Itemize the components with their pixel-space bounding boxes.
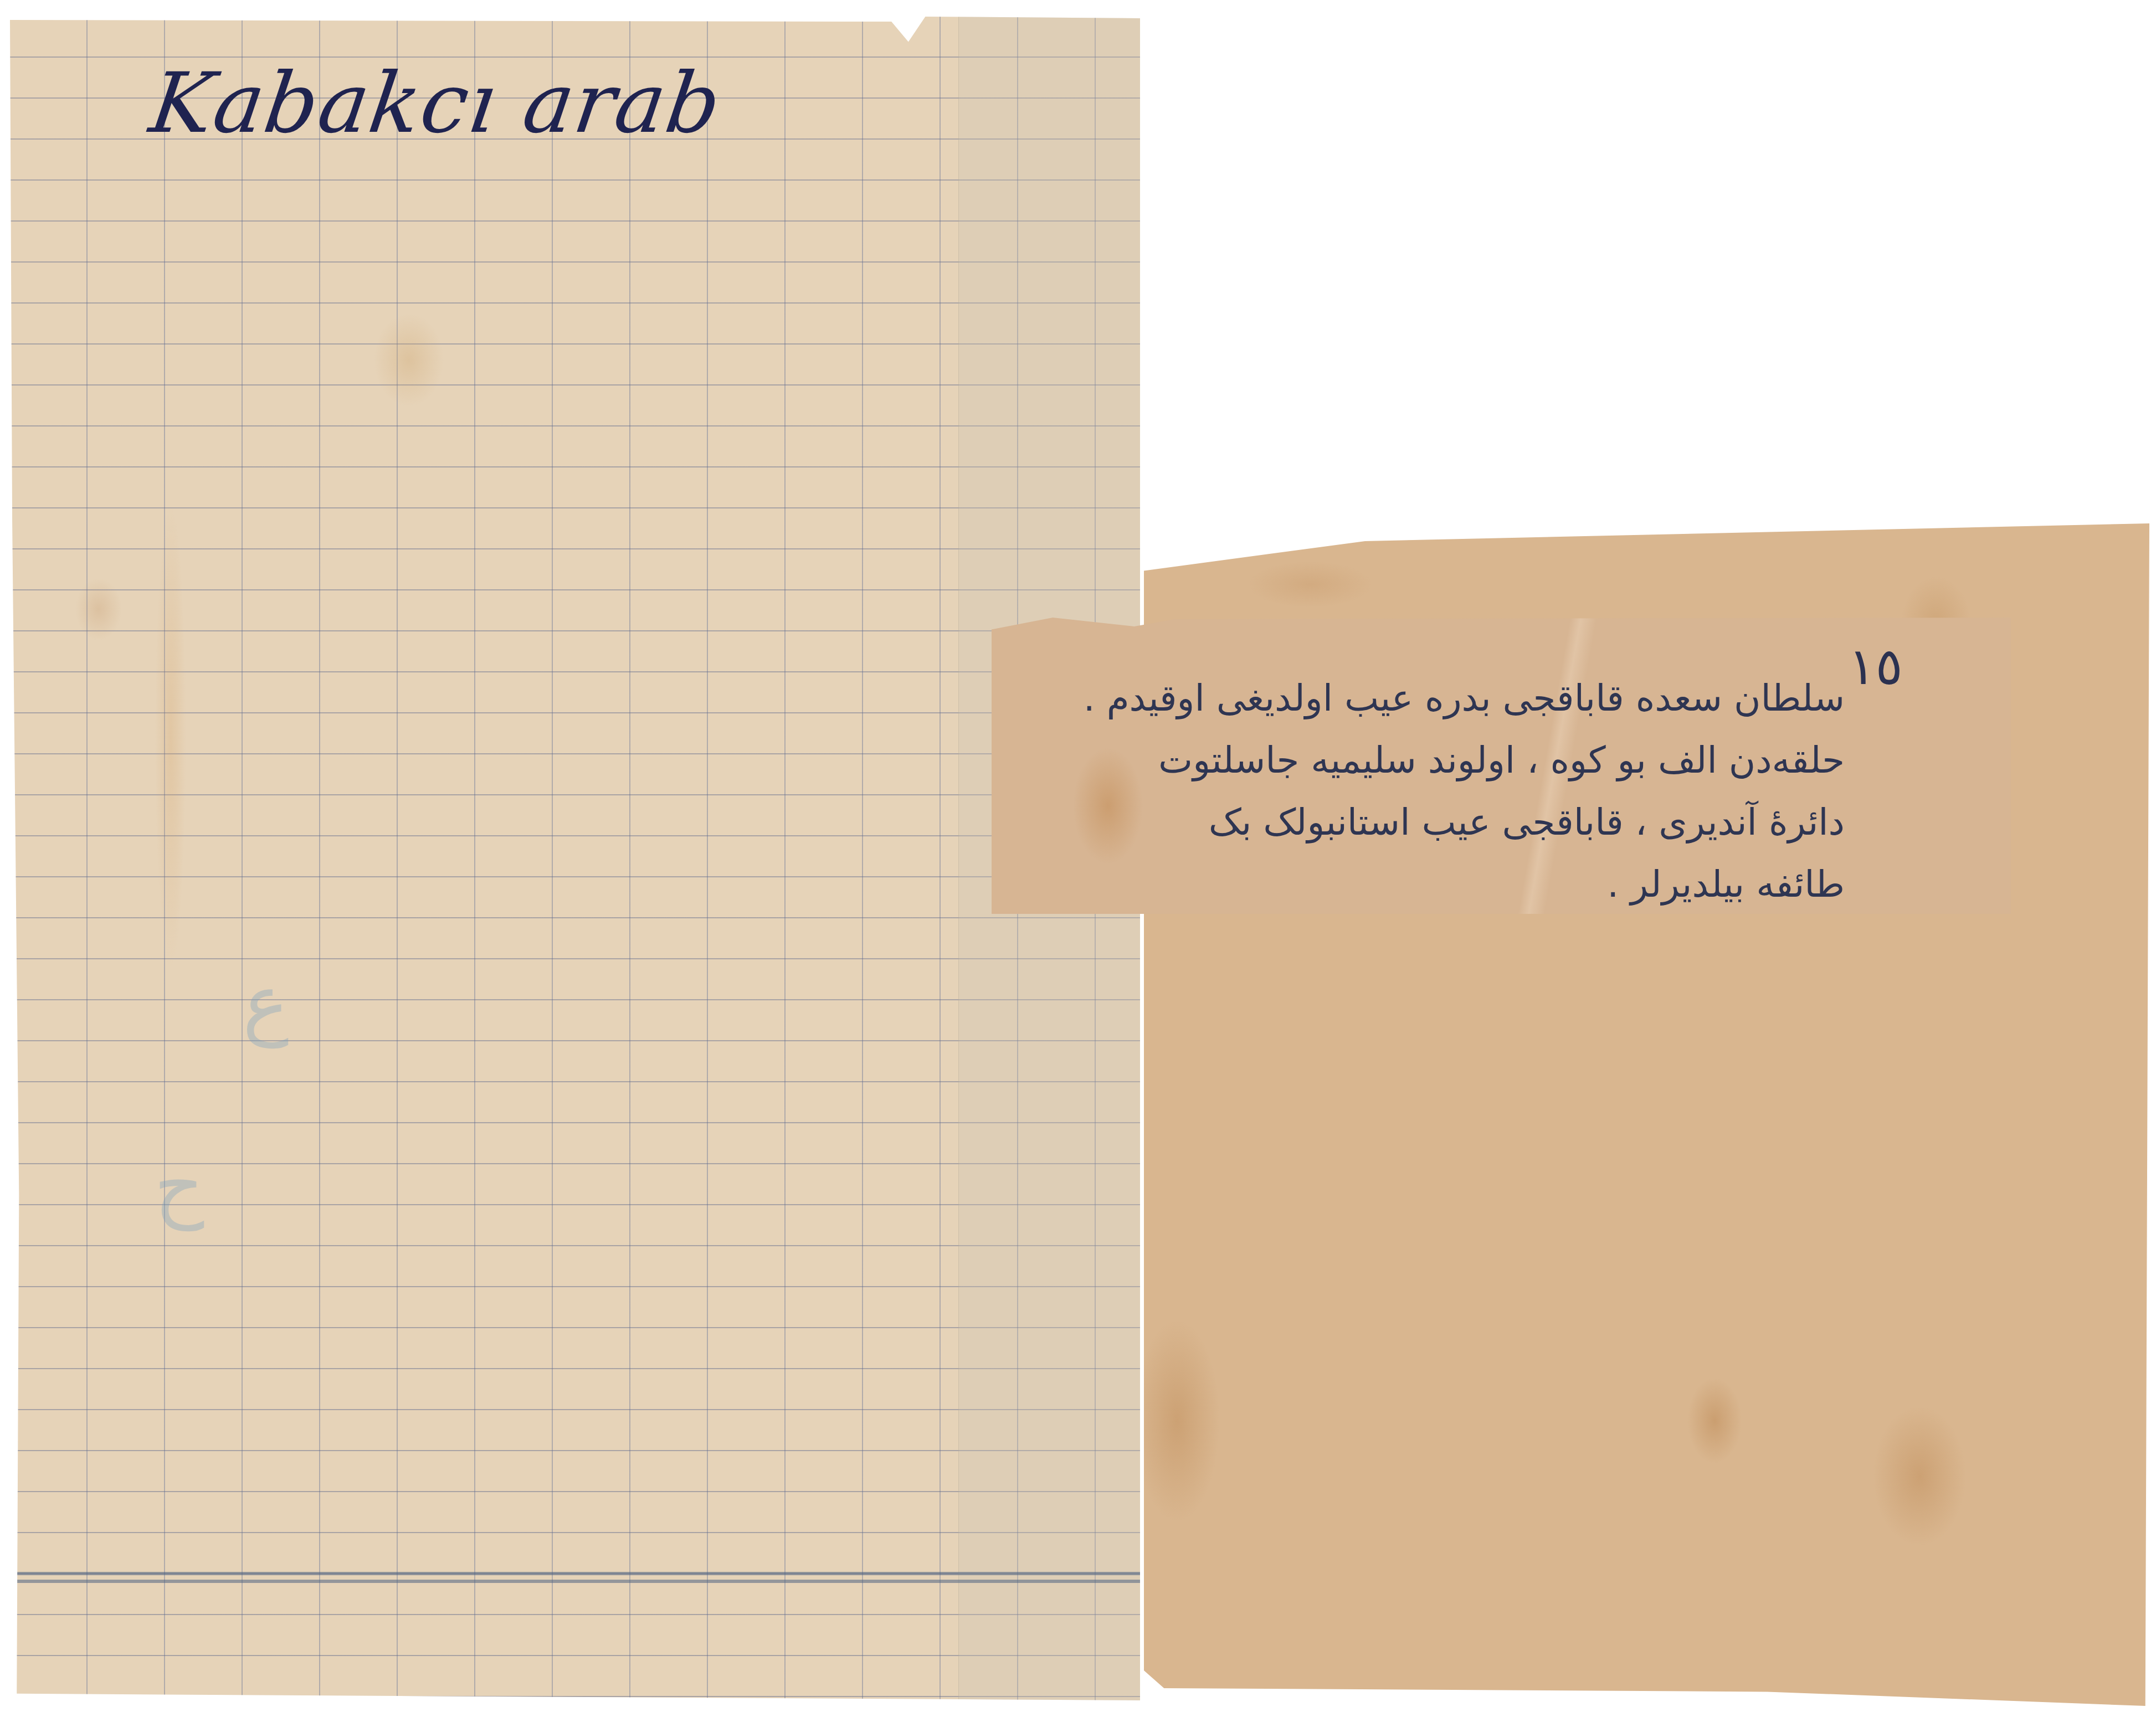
ottoman-text-slip: ١٥ سلطان سعده قاباقجی بدره عیب اولدیغی ا… — [992, 618, 2011, 914]
text-line: حلقه‌دن الف بو کوه ، اولوند سلیمیه جاسلت… — [1058, 729, 1845, 791]
handwritten-title: Kabakcı arab — [145, 55, 728, 152]
text-line: دائرهٔ آندیری ، قاباقجی عیب استانبولک بک — [1058, 791, 1845, 854]
ottoman-script-text: سلطان سعده قاباقجی بدره عیب اولدیغی اوقی… — [1058, 667, 1845, 916]
double-rule-line — [10, 1572, 1140, 1575]
grid-paper-sheet: Kabakcı arab ع ح — [10, 17, 1140, 1700]
show-through-mark: ع — [243, 958, 289, 1048]
text-line: طائفه بیلدیرلر . — [1058, 854, 1845, 916]
page-number: ١٥ — [1848, 637, 1903, 696]
double-rule-line — [10, 1580, 1140, 1583]
text-line: سلطان سعده قاباقجی بدره عیب اولدیغی اوقی… — [1058, 667, 1845, 729]
show-through-mark: ح — [154, 1141, 204, 1231]
